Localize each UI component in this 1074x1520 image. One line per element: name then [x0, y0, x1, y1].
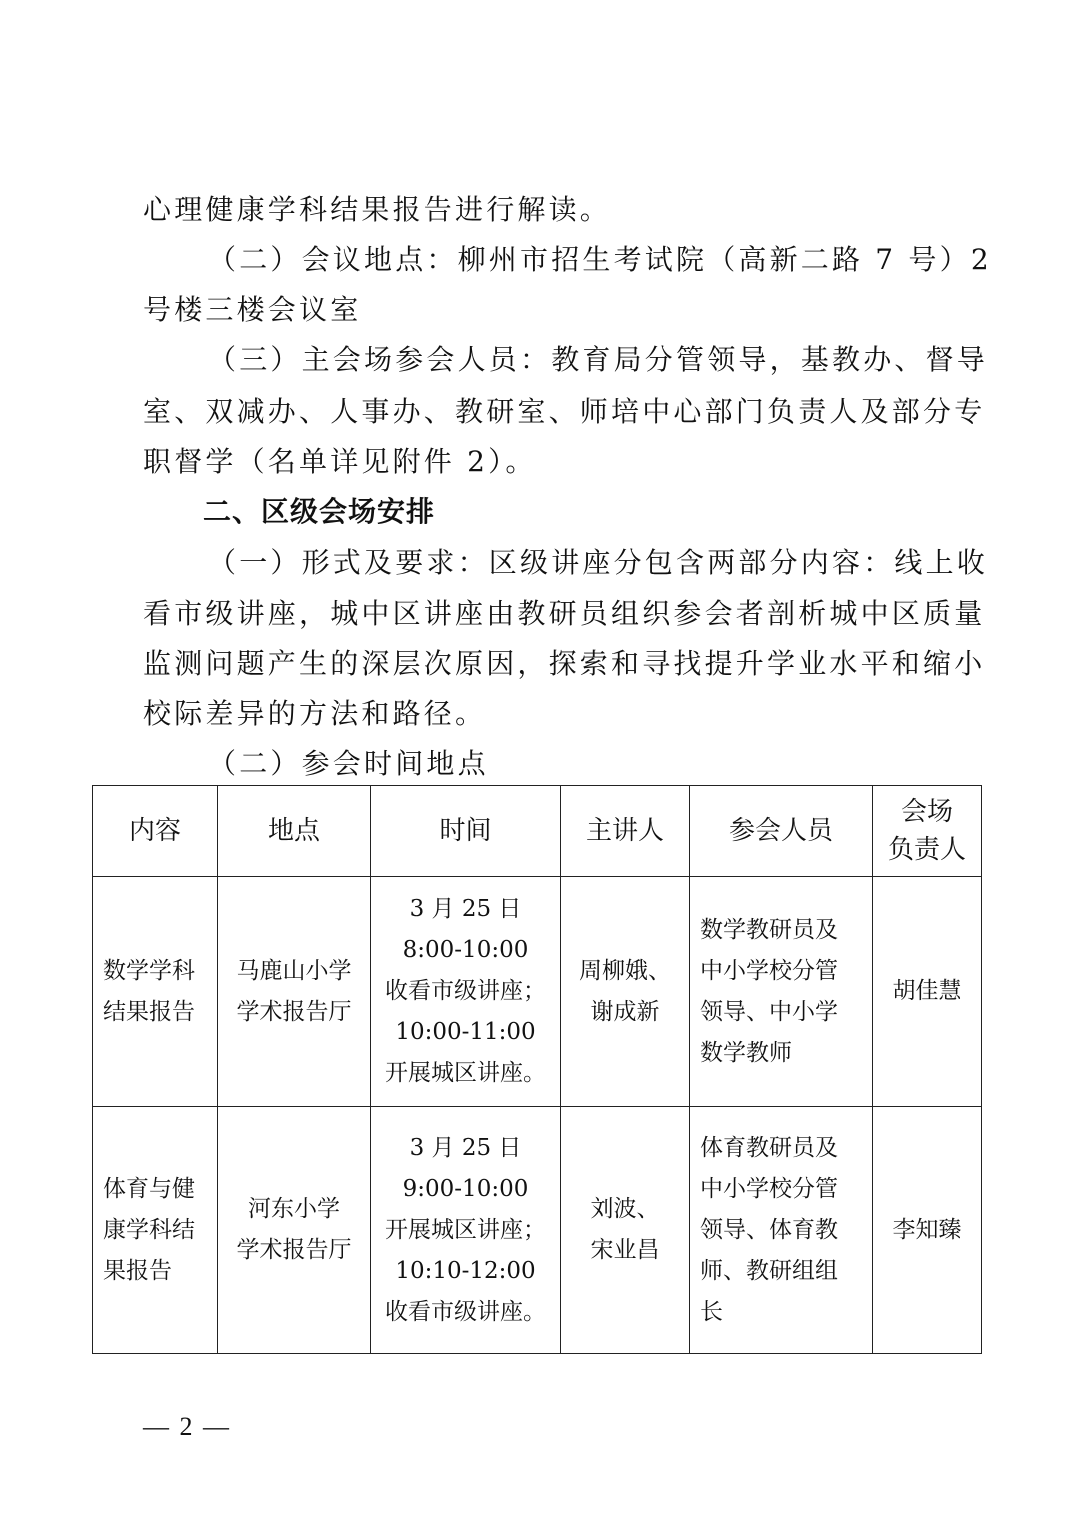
- header-attendees: 参会人员: [690, 786, 873, 877]
- paragraph-line: （二）会议地点：柳州市招生考试院（高新二路 7 号）2: [208, 240, 992, 280]
- cell-attendees: 体育教研员及 中小学校分管 领导、体育教 师、教研组组 长: [690, 1107, 873, 1354]
- table-row: 数学学科 结果报告 马鹿山小学 学术报告厅 3 月 25 日 8:00-10:0…: [93, 877, 982, 1107]
- paragraph-line: 室、双减办、人事办、教研室、师培中心部门负责人及部分专: [143, 392, 985, 432]
- cell-location: 河东小学 学术报告厅: [218, 1107, 371, 1354]
- header-content: 内容: [93, 786, 218, 877]
- paragraph-line: （三）主会场参会人员：教育局分管领导，基教办、督导: [208, 340, 988, 380]
- cell-time: 3 月 25 日 8:00-10:00 收看市级讲座； 10:00-11:00 …: [371, 877, 561, 1107]
- section-heading: 二、区级会场安排: [203, 492, 435, 532]
- paragraph-line: 看市级讲座，城中区讲座由教研员组织参会者剖析城中区质量: [143, 594, 985, 634]
- table-row: 体育与健 康学科结 果报告 河东小学 学术报告厅 3 月 25 日 9:00-1…: [93, 1107, 982, 1354]
- cell-speakers: 周柳娥、 谢成新: [561, 877, 690, 1107]
- paragraph-line: 监测问题产生的深层次原因，探索和寻找提升学业水平和缩小: [143, 644, 985, 684]
- paragraph-line: 校际差异的方法和路径。: [143, 694, 486, 734]
- cell-attendees: 数学教研员及 中小学校分管 领导、中小学 数学教师: [690, 877, 873, 1107]
- cell-time: 3 月 25 日 9:00-10:00 开展城区讲座； 10:10-12:00 …: [371, 1107, 561, 1354]
- paragraph-line: （二）参会时间地点: [208, 744, 489, 784]
- cell-speakers: 刘波、 宋业昌: [561, 1107, 690, 1354]
- paragraph-line: 职督学（名单详见附件 2）。: [143, 442, 537, 482]
- header-venue-lead: 会场 负责人: [873, 786, 982, 877]
- header-time: 时间: [371, 786, 561, 877]
- header-location: 地点: [218, 786, 371, 877]
- cell-venue-lead: 李知臻: [873, 1107, 982, 1354]
- paragraph-line: 心理健康学科结果报告进行解读。: [143, 190, 611, 230]
- table-header-row: 内容 地点 时间 主讲人 参会人员 会场 负责人: [93, 786, 982, 877]
- header-speakers: 主讲人: [561, 786, 690, 877]
- cell-location: 马鹿山小学 学术报告厅: [218, 877, 371, 1107]
- paragraph-line: （一）形式及要求：区级讲座分包含两部分内容：线上收: [208, 543, 988, 583]
- paragraph-line: 号楼三楼会议室: [143, 290, 361, 330]
- page-number: — 2 —: [143, 1412, 231, 1442]
- cell-venue-lead: 胡佳慧: [873, 877, 982, 1107]
- cell-content: 数学学科 结果报告: [93, 877, 218, 1107]
- cell-content: 体育与健 康学科结 果报告: [93, 1107, 218, 1354]
- schedule-table: 内容 地点 时间 主讲人 参会人员 会场 负责人 数学学科 结果报告 马鹿山小学…: [92, 785, 982, 1354]
